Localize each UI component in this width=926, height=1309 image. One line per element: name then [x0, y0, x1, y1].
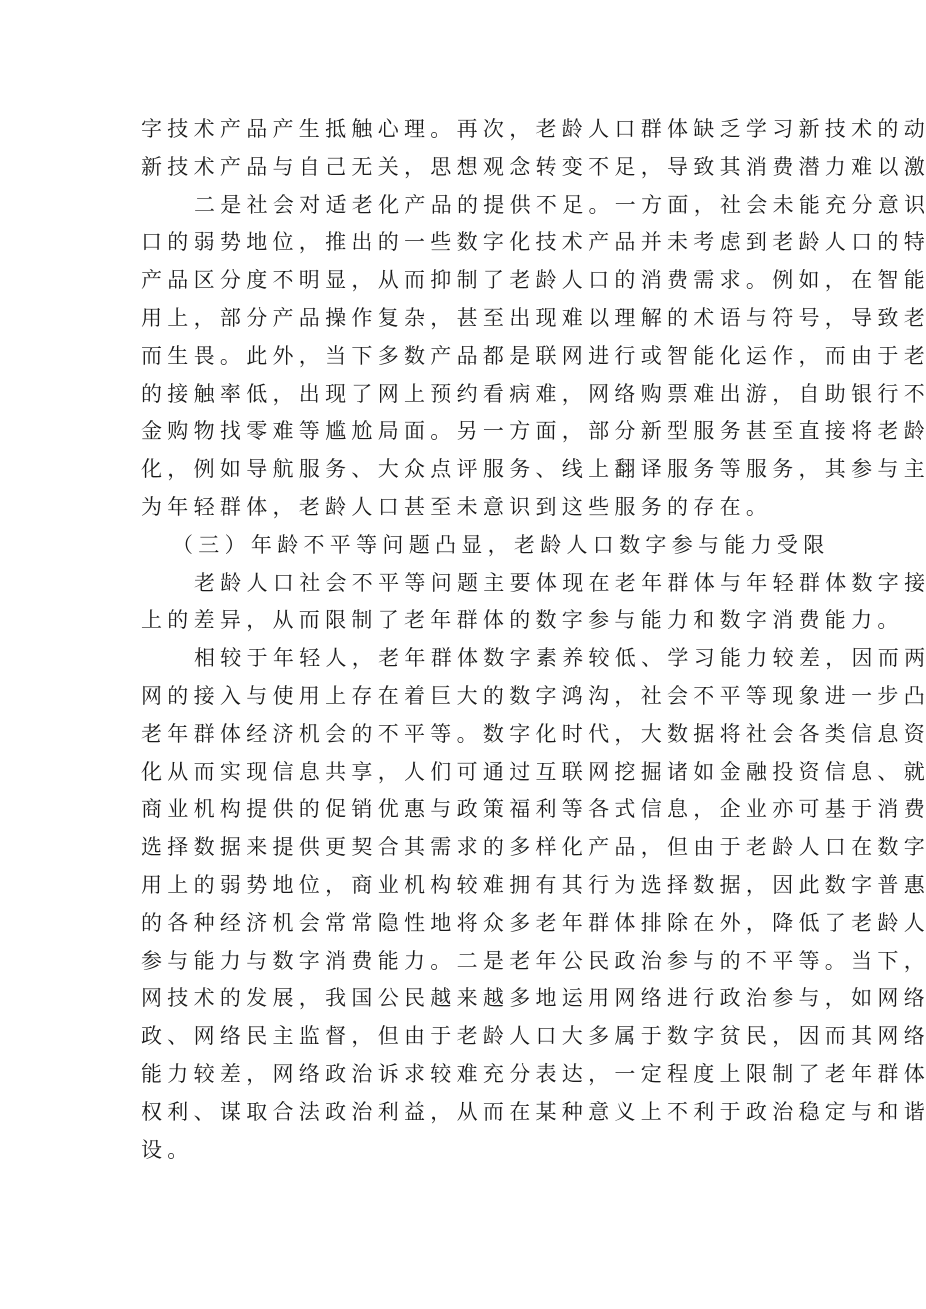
paragraph-line: 为年轻群体，老龄人口甚至未意识到这些服务的存在。: [141, 489, 791, 527]
paragraph-line: 老年群体经济机会的不平等。数字化时代，大数据将社会各类信息资源整合优: [141, 716, 791, 754]
paragraph-line: 参与能力与数字消费能力。二是老年公民政治参与的不平等。当下，随着互联: [141, 943, 791, 981]
paragraph-line: 二是社会对适老化产品的提供不足。一方面，社会未能充分意识到老龄人: [141, 187, 791, 225]
paragraph-line: 设。: [141, 1132, 791, 1170]
paragraph-line: 用上，部分产品操作复杂，甚至出现难以理解的术语与符号，导致老龄群体望: [141, 300, 791, 338]
paragraph-line: 口的弱势地位，推出的一些数字化技术产品并未考虑到老龄人口的特殊需求，: [141, 224, 791, 262]
paragraph-line: 网技术的发展，我国公民越来越多地运用网络进行政治参与，如网络参政议: [141, 980, 791, 1018]
paragraph-line: 化，例如导航服务、大众点评服务、线上翻译服务等服务，其参与主体大部分: [141, 451, 791, 489]
paragraph-line: 权利、谋取合法政治利益，从而在某种意义上不利于政治稳定与和谐社会建: [141, 1094, 791, 1132]
paragraph-line: 新技术产品与自己无关，思想观念转变不足，导致其消费潜力难以激发。: [141, 149, 791, 187]
document-page: 字技术产品产生抵触心理。再次，老龄人口群体缺乏学习新技术的动力，认为 新技术产品…: [0, 0, 926, 1309]
paragraph-line: 老龄人口社会不平等问题主要体现在老年群体与年轻群体数字接入与使用: [141, 565, 791, 603]
paragraph-line: 网的接入与使用上存在着巨大的数字鸿沟，社会不平等现象进一步凸显。一是: [141, 678, 791, 716]
paragraph-line: 相较于年轻人，老年群体数字素养较低、学习能力较差，因而两者在互联: [141, 640, 791, 678]
paragraph-line: 能力较差，网络政治诉求较难充分表达，一定程度上限制了老年群体行使政治: [141, 1056, 791, 1094]
paragraph-line: 上的差异，从而限制了老年群体的数字参与能力和数字消费能力。: [141, 602, 791, 640]
paragraph-line: 的接触率低，出现了网上预约看病难，网络购票难出游，自助银行不敢用，现: [141, 376, 791, 414]
paragraph-line: 政、网络民主监督，但由于老龄人口大多属于数字贫民，因而其网络政治参与: [141, 1018, 791, 1056]
paragraph-line: 用上的弱势地位，商业机构较难拥有其行为选择数据，因此数字普惠技术带来: [141, 867, 791, 905]
paragraph-line: 商业机构提供的促销优惠与政策福利等各式信息，企业亦可基于消费者的行为: [141, 791, 791, 829]
paragraph-line: 而生畏。此外，当下多数产品都是联网进行或智能化运作，而由于老人互联网: [141, 338, 791, 376]
paragraph-line: 化从而实现信息共享，人们可通过互联网挖掘诸如金融投资信息、就业岗位、: [141, 754, 791, 792]
section-heading: （三）年龄不平等问题凸显，老龄人口数字参与能力受限: [141, 527, 791, 565]
document-body: 字技术产品产生抵触心理。再次，老龄人口群体缺乏学习新技术的动力，认为 新技术产品…: [141, 111, 791, 1169]
paragraph-line: 金购物找零难等尴尬局面。另一方面，部分新型服务甚至直接将老龄人口边缘: [141, 413, 791, 451]
paragraph-line: 的各种经济机会常常隐性地将众多老年群体排除在外，降低了老龄人口的数字: [141, 905, 791, 943]
paragraph-line: 字技术产品产生抵触心理。再次，老龄人口群体缺乏学习新技术的动力，认为: [141, 111, 791, 149]
paragraph-line: 选择数据来提供更契合其需求的多样化产品，但由于老龄人口在数字接入与使: [141, 829, 791, 867]
paragraph-line: 产品区分度不明显，从而抑制了老龄人口的消费需求。例如，在智能产品的使: [141, 262, 791, 300]
